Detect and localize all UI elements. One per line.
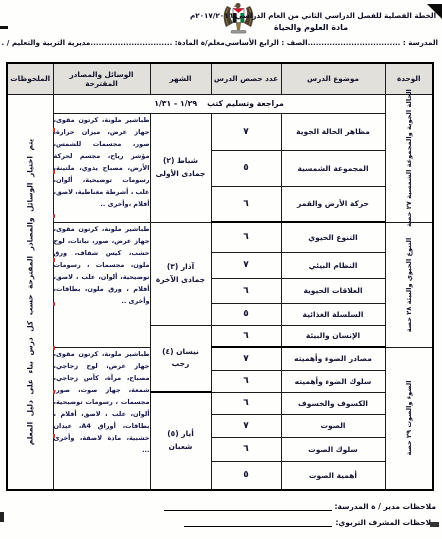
red-binding-dot	[53, 302, 55, 306]
lesson-topic: أهمية الصوت	[281, 461, 385, 490]
school-field: المدرسة : ..............................…	[308, 38, 438, 47]
table-row: التنوع الحيوي والبيئة ٢٨ حصة التنوع الحي…	[7, 222, 433, 252]
red-binding-dot	[53, 390, 55, 394]
unit-cell-1: الحالة الجوية والمجموعة الشمسية ٢٧ حصة	[385, 94, 433, 222]
red-binding-dot	[53, 258, 55, 262]
red-binding-dot	[53, 170, 55, 174]
page-subtitle: مادة العلوم والحياة	[274, 23, 348, 32]
scan-corner-mark	[427, 4, 442, 19]
red-binding-dot	[53, 128, 55, 132]
col-header-month: الشهر	[150, 63, 211, 94]
principal-notes-line: ملاحظات مدير / ة المدرسة:	[164, 501, 436, 511]
lesson-periods: ٧	[211, 113, 281, 150]
lesson-topic: مصادر الضوء وأهميته	[281, 347, 385, 370]
lesson-periods: ٦	[211, 186, 281, 222]
lesson-periods: ٦	[211, 222, 281, 252]
lesson-plan-table: الوحدة موضوع الدرس عدد حصص الدرس الشهر ا…	[6, 62, 434, 491]
lesson-periods: ٥	[211, 303, 281, 325]
lesson-topic: الكسوف والخسوف	[281, 392, 385, 414]
month-cell-3: نيسان (٤) رجب	[150, 325, 211, 392]
scan-corner-mark	[0, 26, 8, 29]
col-header-notes: الملحوظات	[7, 63, 53, 94]
lesson-topic: السلسلة الغذائية	[281, 303, 385, 325]
signature-line	[184, 517, 332, 527]
col-header-periods: عدد حصص الدرس	[211, 63, 281, 94]
lesson-periods: ٥	[211, 150, 281, 186]
scanned-lesson-plan-page: الخطة الفصلية للفصل الدراسي الثاني من ال…	[0, 0, 442, 539]
month-cell-1: شباط (٢) جمادى الأولى	[150, 113, 211, 222]
teacher-field: معلم/ة المادة: .........................…	[90, 38, 224, 47]
red-binding-dot	[53, 434, 55, 438]
lesson-periods: ٦	[211, 370, 281, 392]
unit-cell-2: التنوع الحيوي والبيئة ٢٨ حصة	[385, 222, 433, 347]
lesson-topic: التنوع الحيوي	[281, 222, 385, 252]
red-binding-dot	[53, 214, 55, 218]
review-row: الحالة الجوية والمجموعة الشمسية ٢٧ حصة ١…	[7, 94, 433, 113]
month-cell-2: آذار (٣) جمادى الآخرة	[150, 222, 211, 325]
review-label: مراجعة وتسليم كتب	[207, 99, 284, 108]
signature-line	[164, 501, 332, 511]
lesson-periods: ٦	[211, 325, 281, 347]
table-header-row: الوحدة موضوع الدرس عدد حصص الدرس الشهر ا…	[7, 63, 433, 94]
supervisor-notes-label: ملاحظات المشرف التربوي:	[335, 518, 436, 527]
lesson-topic: الصوت	[281, 414, 385, 437]
lesson-topic: الإنسان والبيئة	[281, 325, 385, 347]
lesson-topic: النظام البيئي	[281, 252, 385, 278]
col-header-resources: الوسائل والمصادر المقترحة	[53, 63, 150, 94]
red-binding-dot	[53, 346, 55, 350]
principal-notes-label: ملاحظات مدير / ة المدرسة:	[335, 502, 436, 511]
lesson-topic: مظاهر الحالة الجوية	[281, 113, 385, 150]
lesson-periods: ٧	[211, 414, 281, 437]
lesson-topic: حركة الأرض والقمر	[281, 186, 385, 222]
lesson-topic: سلوك الصوت	[281, 437, 385, 461]
review-cell: ١/٢٩ - ١/٣١ مراجعة وتسليم كتب	[53, 94, 385, 113]
month-cell-4: أيار (٥) شعبان	[150, 392, 211, 490]
review-dates: ١/٢٩ - ١/٣١	[154, 99, 197, 108]
lesson-topic: سلوك الضوء وأهميته	[281, 370, 385, 392]
lesson-periods: ٧	[211, 252, 281, 278]
scan-corner-mark	[430, 522, 439, 527]
grade-field: الصف : الرابع الأساسي	[225, 38, 308, 47]
lesson-periods: ٦	[211, 278, 281, 303]
lesson-periods: ٥	[211, 461, 281, 490]
resources-cell-1: طباشير ملونة، كرتون مقوى، جهاز عرض، ميزا…	[53, 113, 150, 222]
lesson-periods: ٦	[211, 392, 281, 414]
table-row: الضوء والصوت ٢٩ حصة مصادر الضوء وأهميته …	[7, 347, 433, 370]
lesson-periods: ٦	[211, 437, 281, 461]
resources-cell-2: طباشير ملونة، كرتون مقوى، جهاز عرض، صور،…	[53, 222, 150, 347]
info-line: المدرسة : ..............................…	[4, 38, 438, 47]
lesson-topic: المجموعة الشمسية	[281, 150, 385, 186]
col-header-topic: موضوع الدرس	[281, 63, 385, 94]
resources-cell-3: طباشير ملونة، كرتون مقوى، جهاز عرض، لوح …	[53, 347, 150, 490]
page-title: الخطة الفصلية للفصل الدراسي الثاني من ال…	[190, 11, 436, 20]
scan-corner-mark	[0, 512, 4, 522]
table-row: مظاهر الحالة الجوية ٧ شباط (٢) جمادى الأ…	[7, 113, 433, 150]
supervisor-notes-line: ملاحظات المشرف التربوي:	[184, 517, 436, 527]
directorate-field: مديرية التربية والتعليم / . . . . . . .	[0, 38, 90, 47]
lesson-topic: العلاقات الحيوية	[281, 278, 385, 303]
lesson-periods: ٧	[211, 347, 281, 370]
notes-cell: يتم اختيار الوسائل والمصادر المقترحة حسب…	[7, 94, 53, 490]
unit-cell-3: الضوء والصوت ٢٩ حصة	[385, 347, 433, 490]
